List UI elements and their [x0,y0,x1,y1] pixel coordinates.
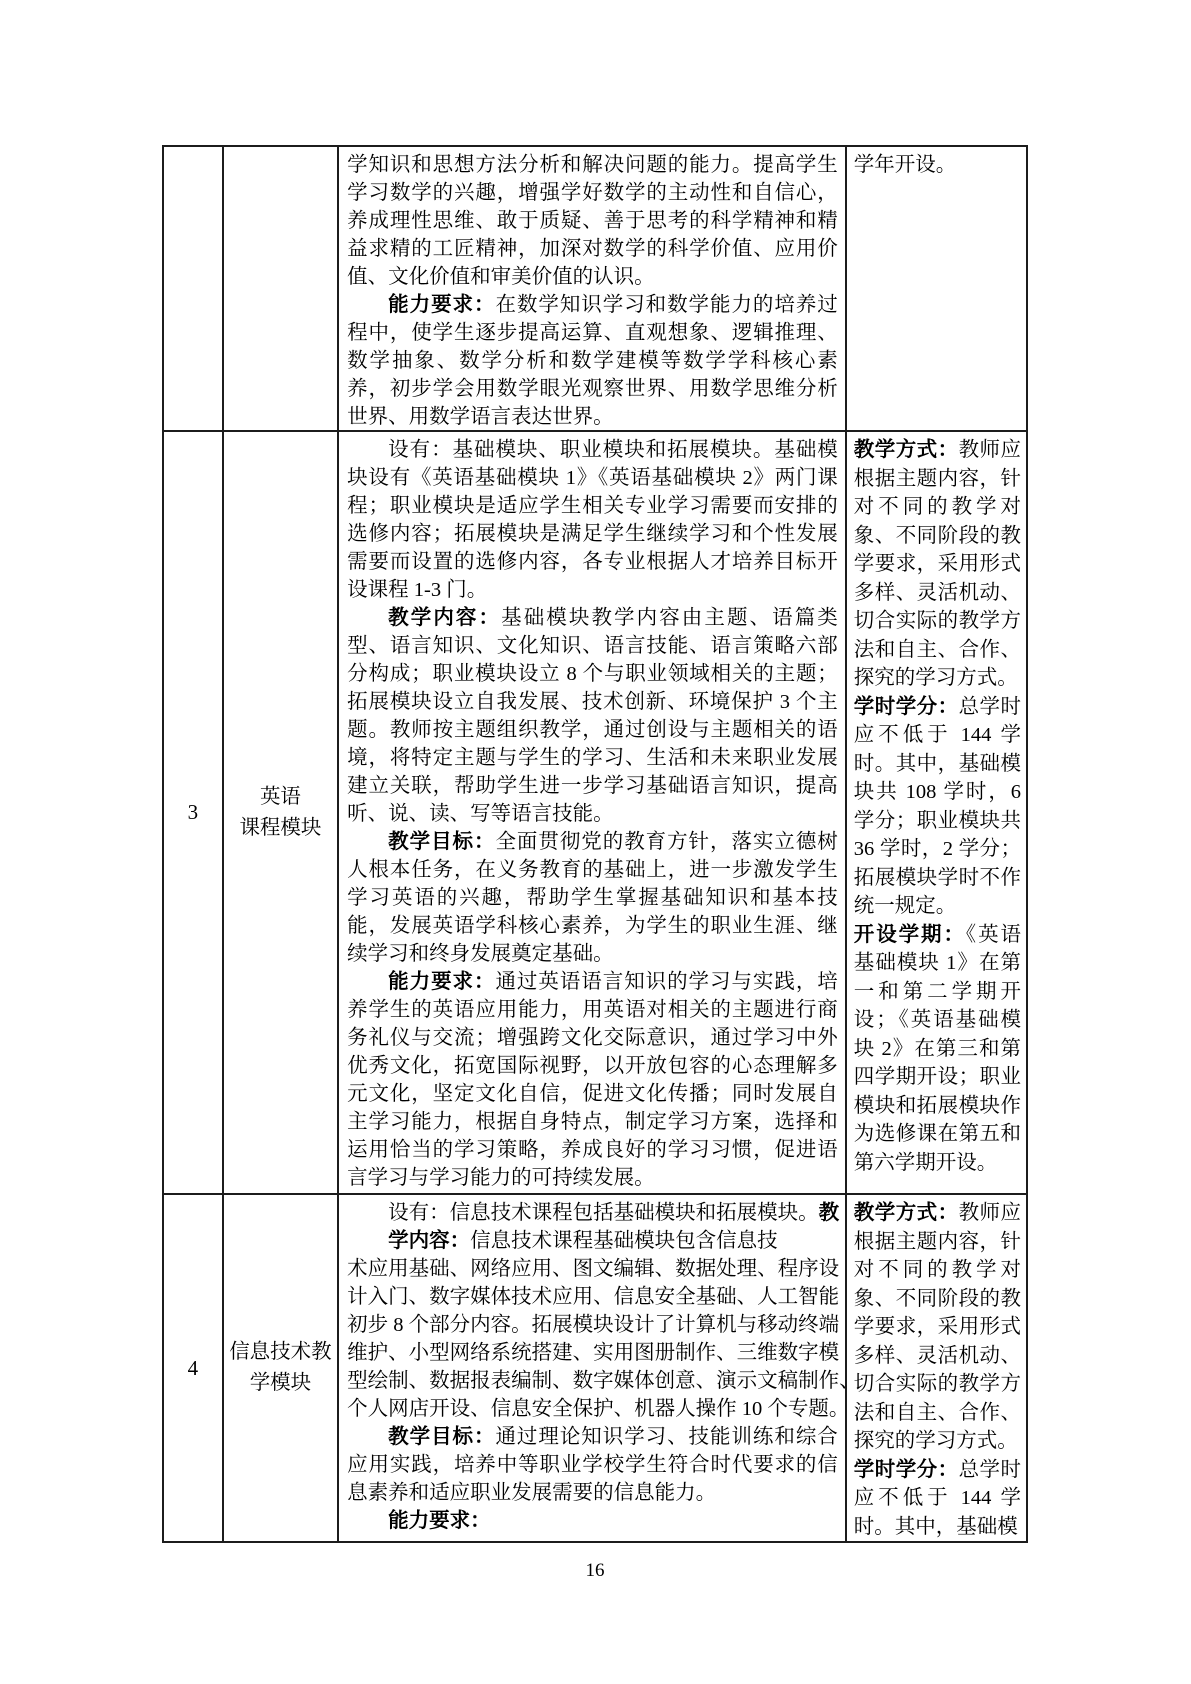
course-info-cell: 学年开设。 [847,147,1026,430]
section-label: 能力要求： [388,294,495,316]
paragraph: 维护、小型网络系统搭建、实用图册制作、三维数字模 [347,1339,838,1367]
paragraph: 学知识和思想方法分析和解决问题的能力。提高学生学习数学的兴趣，增强学好数学的主动… [347,151,838,291]
section-label: 教学目标： [388,831,495,853]
paragraph: 学内容：信息技术课程基础模块包含信息技 [347,1227,838,1255]
paragraph: 术应用基础、网络应用、图文编辑、数据处理、程序设 [347,1255,838,1283]
paragraph-text: 术应用基础、网络应用、图文编辑、数据处理、程序设 [347,1258,839,1280]
paragraph: 开设学期：《英语基础模块 1》在第一和第二学期开设；《英语基础模块 2》在第三和… [854,921,1021,1178]
section-label: 开设学期： [854,924,966,946]
row-number-cell: 4 [164,1195,224,1541]
paragraph-text: 维护、小型网络系统搭建、实用图册制作、三维数字模 [347,1342,839,1364]
paragraph-text: 学年开设。 [854,154,957,176]
paragraph: 初步 8 个部分内容。拓展模块设计了计算机与移动终端 [347,1311,838,1339]
paragraph: 学时学分：总学时应不低于 144 学时。其中，基础模块共 108 学时，6 学分… [854,693,1021,921]
paragraph: 学时学分：总学时应不低于 144 学时。其中，基础模 [854,1456,1021,1542]
paragraph-text: 通过英语语言知识的学习与实践，培养学生的英语应用能力，用英语对相关的主题进行商务… [347,971,838,1189]
section-label: 教 [819,1202,840,1224]
module-name-cell [224,147,339,430]
module-name-line: 课程模块 [239,813,321,844]
module-name-line: 学模块 [250,1368,312,1399]
paragraph-text: 计入门、数字媒体技术应用、信息安全基础、人工智能 [347,1286,839,1308]
course-module-table: 学知识和思想方法分析和解决问题的能力。提高学生学习数学的兴趣，增强学好数学的主动… [162,145,1028,1543]
paragraph-text: 信息技术课程基础模块包含信息技 [470,1230,778,1252]
paragraph: 教学方式：教师应根据主题内容，针对不同的教学对象、不同阶段的教学要求，采用形式多… [854,436,1021,693]
paragraph: 设有：信息技术课程包括基础模块和拓展模块。教 [347,1199,838,1227]
paragraph-text: 《英语基础模块 1》在第一和第二学期开设；《英语基础模块 2》在第三和第四学期开… [854,924,1021,1174]
paragraph-text: 初步 8 个部分内容。拓展模块设计了计算机与移动终端 [347,1314,839,1336]
module-name-line: 英语 [260,782,301,813]
paragraph: 教学目标：通过理论知识学习、技能训练和综合应用实践，培养中等职业学校学生符合时代… [347,1423,838,1507]
section-label: 教学目标： [388,1426,495,1448]
module-name-cell: 信息技术教学模块 [224,1195,339,1541]
paragraph-text: 型绘制、数据报表编制、数字媒体创意、演示文稿制作、 [347,1370,847,1392]
course-content-cell: 学知识和思想方法分析和解决问题的能力。提高学生学习数学的兴趣，增强学好数学的主动… [339,147,847,430]
table-row-information-technology: 4 信息技术教学模块 设有：信息技术课程包括基础模块和拓展模块。教学内容：信息技… [164,1195,1026,1541]
course-content-cell: 设有：基础模块、职业模块和拓展模块。基础模块设有《英语基础模块 1》《英语基础模… [339,432,847,1193]
paragraph: 能力要求：在数学知识学习和数学能力的培养过程中，使学生逐步提高运算、直观想象、逻… [347,291,838,430]
paragraph: 能力要求：通过英语语言知识的学习与实践，培养学生的英语应用能力，用英语对相关的主… [347,968,838,1192]
module-name-line: 信息技术教 [229,1337,332,1368]
section-label: 教学方式： [854,1202,959,1224]
paragraph: 设有：基础模块、职业模块和拓展模块。基础模块设有《英语基础模块 1》《英语基础模… [347,436,838,604]
paragraph: 能力要求： [347,1507,838,1535]
course-info-cell: 教学方式：教师应根据主题内容，针对不同的教学对象、不同阶段的教学要求，采用形式多… [847,1195,1026,1541]
paragraph-text: 学知识和思想方法分析和解决问题的能力。提高学生学习数学的兴趣，增强学好数学的主动… [347,154,838,288]
section-label: 能力要求： [388,1510,491,1532]
table-row-english: 3 英语课程模块 设有：基础模块、职业模块和拓展模块。基础模块设有《英语基础模块… [164,432,1026,1195]
module-name-cell: 英语课程模块 [224,432,339,1193]
document-page: 学知识和思想方法分析和解决问题的能力。提高学生学习数学的兴趣，增强学好数学的主动… [0,0,1191,1684]
paragraph-text: 设有：信息技术课程包括基础模块和拓展模块。 [388,1202,819,1224]
paragraph-text: 设有：基础模块、职业模块和拓展模块。基础模块设有《英语基础模块 1》《英语基础模… [347,439,838,601]
paragraph: 教学方式：教师应根据主题内容，针对不同的教学对象、不同阶段的教学要求，采用形式多… [854,1199,1021,1456]
paragraph: 教学内容：基础模块教学内容由主题、语篇类型、语言知识、文化知识、语言技能、语言策… [347,604,838,828]
paragraph: 学年开设。 [854,151,1021,180]
paragraph-text: 总学时应不低于 144 学时。其中，基础模块共 108 学时，6 学分；职业模块… [854,696,1021,918]
section-label: 学时学分： [854,696,959,718]
section-label: 学内容： [388,1230,470,1252]
page-number: 16 [162,1560,1028,1582]
table-row-math-continued: 学知识和思想方法分析和解决问题的能力。提高学生学习数学的兴趣，增强学好数学的主动… [164,147,1026,432]
row-number-cell: 3 [164,432,224,1193]
paragraph: 计入门、数字媒体技术应用、信息安全基础、人工智能 [347,1283,838,1311]
section-label: 教学内容： [388,607,501,629]
course-content-cell: 设有：信息技术课程包括基础模块和拓展模块。教学内容：信息技术课程基础模块包含信息… [339,1195,847,1541]
paragraph-text: 基础模块教学内容由主题、语篇类型、语言知识、文化知识、语言技能、语言策略六部分构… [347,607,838,825]
paragraph: 个人网店开设、信息安全保护、机器人操作 10 个专题。 [347,1395,838,1423]
section-label: 教学方式： [854,439,959,461]
paragraph: 教学目标：全面贯彻党的教育方针，落实立德树人根本任务，在义务教育的基础上，进一步… [347,828,838,968]
section-label: 能力要求： [388,971,495,993]
paragraph-text: 教师应根据主题内容，针对不同的教学对象、不同阶段的教学要求，采用形式多样、灵活机… [854,439,1021,689]
row-number-cell [164,147,224,430]
paragraph-text: 教师应根据主题内容，针对不同的教学对象、不同阶段的教学要求，采用形式多样、灵活机… [854,1202,1021,1452]
section-label: 学时学分： [854,1459,959,1481]
paragraph-text: 个人网店开设、信息安全保护、机器人操作 10 个专题。 [347,1398,847,1420]
course-info-cell: 教学方式：教师应根据主题内容，针对不同的教学对象、不同阶段的教学要求，采用形式多… [847,432,1026,1193]
paragraph: 型绘制、数据报表编制、数字媒体创意、演示文稿制作、 [347,1367,838,1395]
